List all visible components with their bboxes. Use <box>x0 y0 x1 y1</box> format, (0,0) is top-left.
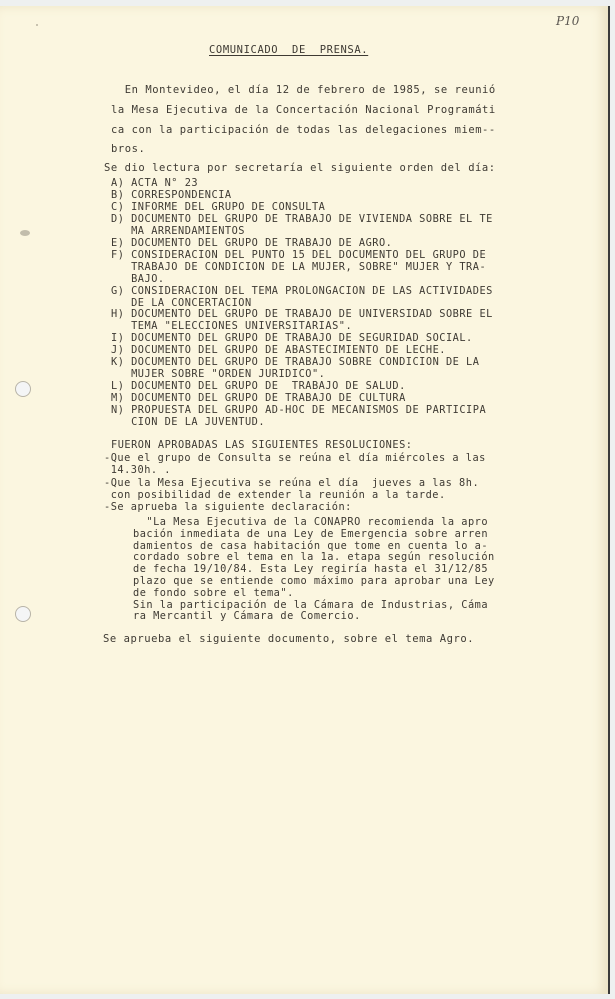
resolution-item: -Que el grupo de Consulta se reúna el dí… <box>104 452 486 464</box>
declaration-line: "La Mesa Ejecutiva de la CONAPRO recomie… <box>133 516 488 528</box>
speck-mark <box>36 24 38 26</box>
agenda-item: G) CONSIDERACION DEL TEMA PROLONGACION D… <box>111 285 493 297</box>
declaration-line: de fondo sobre el tema". <box>133 587 294 599</box>
agenda-item: CION DE LA JUVENTUD. <box>111 416 265 428</box>
agenda-item: J) DOCUMENTO DEL GRUPO DE ABASTECIMIENTO… <box>111 344 446 356</box>
resolution-item: -Se aprueba la siguiente declaración: <box>104 501 352 513</box>
agenda-item: D) DOCUMENTO DEL GRUPO DE TRABAJO DE VIV… <box>111 213 493 225</box>
resolutions-heading: FUERON APROBADAS LAS SIGUIENTES RESOLUCI… <box>111 439 412 451</box>
agenda-item: MA ARRENDAMIENTOS <box>111 225 245 237</box>
declaration-line: cordado sobre el tema en la 1a. etapa se… <box>133 551 495 563</box>
intro-line: la Mesa Ejecutiva de la Concertación Nac… <box>111 104 496 116</box>
agenda-item: E) DOCUMENTO DEL GRUPO DE TRABAJO DE AGR… <box>111 237 392 249</box>
agenda-item: MUJER SOBRE "ORDEN JURIDICO". <box>111 368 325 380</box>
closing-line: Se aprueba el siguiente documento, sobre… <box>103 633 474 645</box>
punch-hole-icon <box>15 606 31 622</box>
intro-line: Se dio lectura por secretaría el siguien… <box>104 162 496 174</box>
declaration-line: bación inmediata de una Ley de Emergenci… <box>133 528 488 540</box>
document-title: COMUNICADO DE PRENSA. <box>209 44 368 56</box>
declaration-line: de fecha 19/10/84. Esta Ley regiría hast… <box>133 563 488 575</box>
agenda-item: L) DOCUMENTO DEL GRUPO DE TRABAJO DE SAL… <box>111 380 406 392</box>
resolution-item: con posibilidad de extender la reunión a… <box>104 489 446 501</box>
agenda-item: B) CORRESPONDENCIA <box>111 189 232 201</box>
agenda-item: F) CONSIDERACION DEL PUNTO 15 DEL DOCUME… <box>111 249 486 261</box>
agenda-item: N) PROPUESTA DEL GRUPO AD-HOC DE MECANIS… <box>111 404 486 416</box>
declaration-line: plazo que se entiende como máximo para a… <box>133 575 495 587</box>
agenda-item: DE LA CONCERTACION <box>111 297 252 309</box>
agenda-item: TEMA "ELECCIONES UNIVERSITARIAS". <box>111 320 352 332</box>
declaration-line: damientos de casa habitación que tome en… <box>133 540 488 552</box>
declaration-line: ra Mercantil y Cámara de Comercio. <box>133 610 361 622</box>
agenda-item: H) DOCUMENTO DEL GRUPO DE TRABAJO DE UNI… <box>111 308 493 320</box>
agenda-item: A) ACTA N° 23 <box>111 177 198 189</box>
agenda-item: C) INFORME DEL GRUPO DE CONSULTA <box>111 201 325 213</box>
staple-mark <box>20 230 30 236</box>
declaration-line: Sin la participación de la Cámara de Ind… <box>133 599 488 611</box>
agenda-item: K) DOCUMENTO DEL GRUPO DE TRABAJO SOBRE … <box>111 356 479 368</box>
document-page: P10 COMUNICADO DE PRENSA. En Montevideo,… <box>0 6 610 994</box>
intro-line: ca con la participación de todas las del… <box>111 124 496 136</box>
resolution-item: 14.30h. . <box>104 464 171 476</box>
agenda-item: BAJO. <box>111 273 165 285</box>
intro-line: En Montevideo, el día 12 de febrero de 1… <box>111 84 496 96</box>
agenda-item: TRABAJO DE CONDICION DE LA MUJER, SOBRE"… <box>111 261 486 273</box>
agenda-item: I) DOCUMENTO DEL GRUPO DE TRABAJO DE SEG… <box>111 332 473 344</box>
punch-hole-icon <box>15 381 31 397</box>
intro-line: bros. <box>111 143 145 155</box>
resolution-item: -Que la Mesa Ejecutiva se reúna el día j… <box>104 477 479 489</box>
handwritten-page-number: P10 <box>556 14 579 28</box>
agenda-item: M) DOCUMENTO DEL GRUPO DE TRABAJO DE CUL… <box>111 392 406 404</box>
